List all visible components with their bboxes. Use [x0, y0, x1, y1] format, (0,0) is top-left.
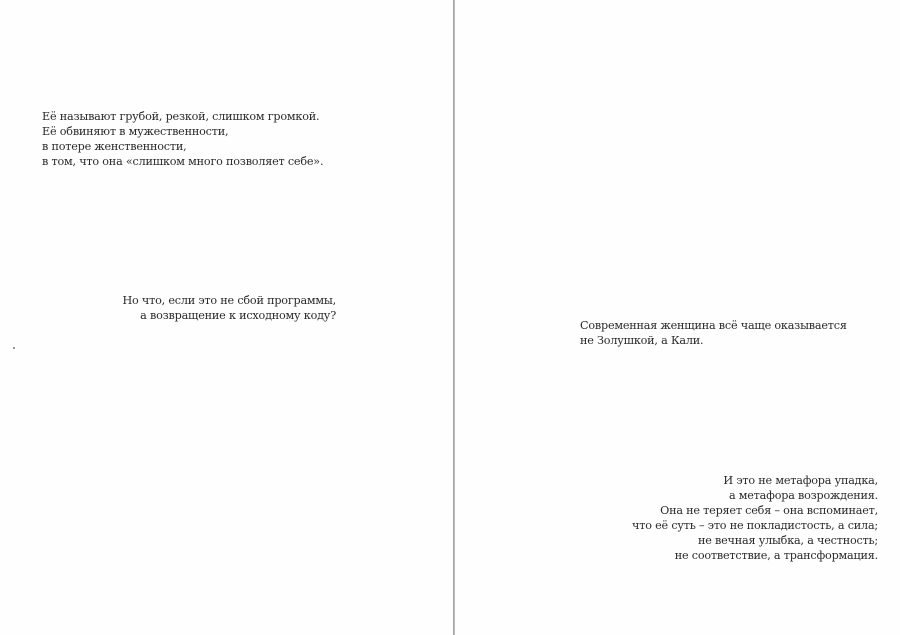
left-page: Её называют грубой, резкой, слишком гром… [0, 0, 453, 635]
text-line: в потере женственности, [42, 139, 323, 154]
text-line: не Золушкой, а Кали. [580, 333, 847, 348]
text-line: а возвращение к исходному коду? [122, 308, 336, 323]
scan-speck [13, 347, 15, 349]
left-paragraph-accusations: Её называют грубой, резкой, слишком гром… [42, 109, 323, 169]
right-paragraph-kali: Современная женщина всё чаще оказывается… [580, 318, 847, 348]
text-line: Современная женщина всё чаще оказывается [580, 318, 847, 333]
text-line: Её называют грубой, резкой, слишком гром… [42, 109, 323, 124]
book-spread: Её называют грубой, резкой, слишком гром… [0, 0, 900, 635]
text-line: Она не теряет себя – она вспоминает, [632, 503, 878, 518]
text-line: в том, что она «слишком много позволяет … [42, 154, 323, 169]
right-paragraph-rebirth: И это не метафора упадка, а метафора воз… [632, 473, 878, 563]
text-line: И это не метафора упадка, [632, 473, 878, 488]
text-line: не соответствие, а трансформация. [632, 548, 878, 563]
right-page: Современная женщина всё чаще оказывается… [455, 0, 900, 635]
text-line: Но что, если это не сбой программы, [122, 293, 336, 308]
text-line: не вечная улыбка, а честность; [632, 533, 878, 548]
text-line: что её суть – это не покладистость, а си… [632, 518, 878, 533]
text-line: а метафора возрождения. [632, 488, 878, 503]
text-line: Её обвиняют в мужественности, [42, 124, 323, 139]
left-paragraph-question: Но что, если это не сбой программы, а во… [122, 293, 336, 323]
